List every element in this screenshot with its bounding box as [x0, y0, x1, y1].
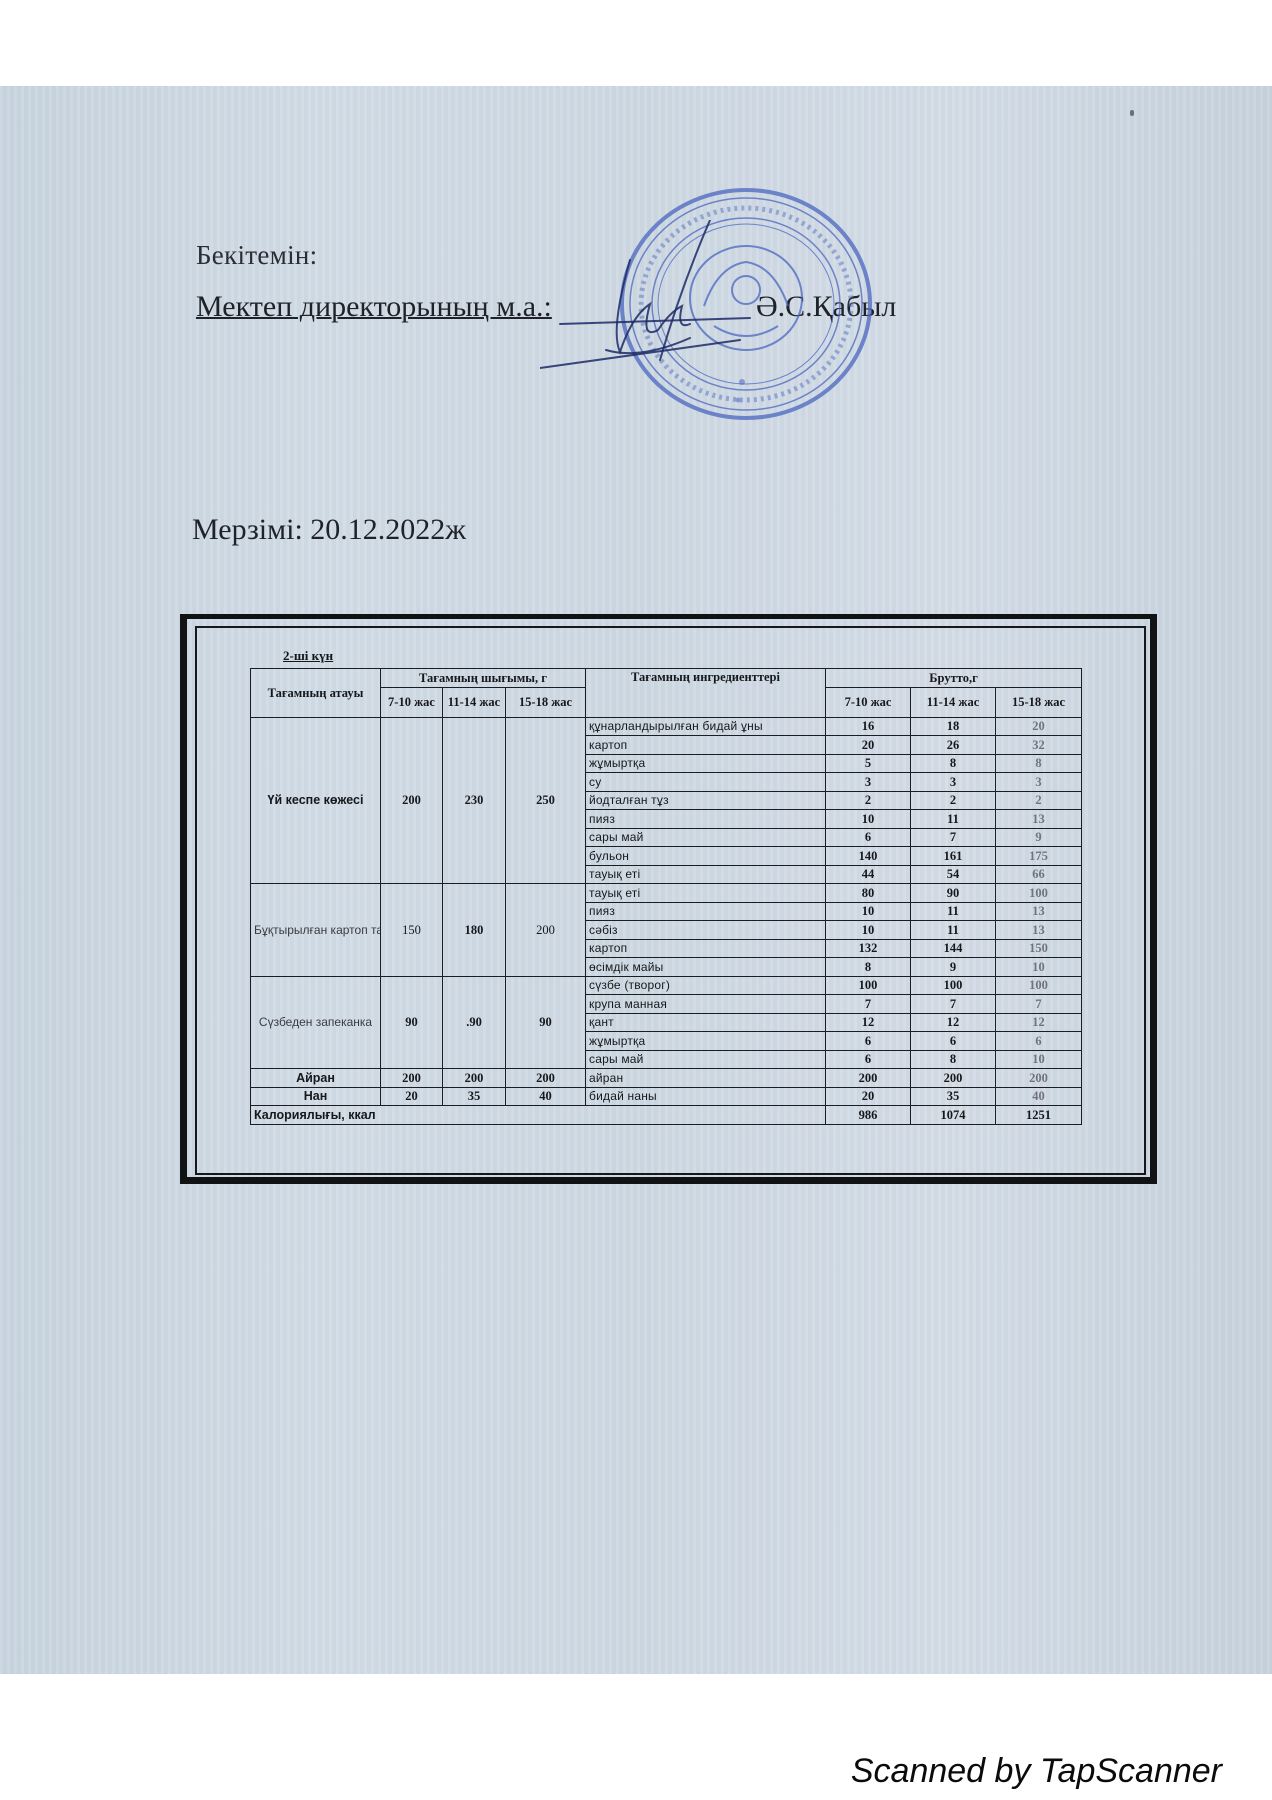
brutto-value: 80 [826, 884, 911, 903]
header-brutto-group: Брутто,г [826, 669, 1082, 688]
dish-yield: .90 [443, 976, 506, 1069]
brutto-value: 20 [826, 736, 911, 755]
header-brutto-age: 11-14 жас [911, 687, 996, 717]
dish-yield: 200 [506, 884, 586, 977]
brutto-value: 200 [826, 1069, 911, 1088]
brutto-value: 140 [826, 847, 911, 866]
brutto-value: 44 [826, 865, 911, 884]
brutto-value: 5 [826, 754, 911, 773]
header-yield-group: Тағамның шығымы, г [381, 669, 586, 688]
ingredient-name: сары май [586, 828, 826, 847]
brutto-value: 13 [996, 810, 1082, 829]
brutto-value: 7 [911, 995, 996, 1014]
ingredient-name: сәбіз [586, 921, 826, 940]
brutto-value: 8 [996, 754, 1082, 773]
header-yield-age: 15-18 жас [506, 687, 586, 717]
brutto-value: 2 [826, 791, 911, 810]
total-label: Калориялығы, ккал [251, 1106, 826, 1125]
brutto-value: 13 [996, 902, 1082, 921]
date-line: Мерзімі: 20.12.2022ж [192, 513, 466, 547]
brutto-value: 132 [826, 939, 911, 958]
brutto-value: 10 [996, 958, 1082, 977]
dish-yield: 90 [506, 976, 586, 1069]
header-ingredients: Тағамның ингредиенттері [586, 669, 826, 718]
table-row: Нан203540бидай наны203540 [251, 1087, 1082, 1106]
dish-yield: 230 [443, 717, 506, 884]
header-yield-age: 7-10 жас [381, 687, 443, 717]
brutto-value: 8 [911, 754, 996, 773]
ingredient-name: пияз [586, 902, 826, 921]
brutto-value: 144 [911, 939, 996, 958]
total-value: 1074 [911, 1106, 996, 1125]
dish-yield: 250 [506, 717, 586, 884]
brutto-value: 32 [996, 736, 1082, 755]
ingredient-name: сары май [586, 1050, 826, 1069]
dish-yield: 150 [381, 884, 443, 977]
brutto-value: 66 [996, 865, 1082, 884]
brutto-value: 13 [996, 921, 1082, 940]
day-label: 2-ші күн [283, 648, 333, 664]
ingredient-name: картоп [586, 736, 826, 755]
scanner-watermark: Scanned by TapScanner [851, 1752, 1222, 1791]
brutto-value: 9 [996, 828, 1082, 847]
ingredient-name: картоп [586, 939, 826, 958]
brutto-value: 10 [996, 1050, 1082, 1069]
dish-yield: 20 [381, 1087, 443, 1106]
dish-name: Нан [251, 1087, 381, 1106]
total-row: Калориялығы, ккал 986 1074 1251 [251, 1106, 1082, 1125]
brutto-value: 6 [826, 1032, 911, 1051]
brutto-value: 7 [996, 995, 1082, 1014]
dish-yield: 200 [381, 1069, 443, 1088]
brutto-value: 10 [826, 810, 911, 829]
scan-speck [1130, 110, 1134, 116]
table-row: Сүзбеден запеканка90.9090сүзбе (творог)1… [251, 976, 1082, 995]
ingredient-name: қант [586, 1013, 826, 1032]
ingredient-name: пияз [586, 810, 826, 829]
director-role: Мектеп директорының м.а.: [196, 290, 552, 323]
brutto-value: 26 [911, 736, 996, 755]
brutto-value: 175 [996, 847, 1082, 866]
ingredient-name: тауық еті [586, 884, 826, 903]
brutto-value: 200 [911, 1069, 996, 1088]
ingredient-name: құнарландырылған бидай ұны [586, 717, 826, 736]
brutto-value: 2 [996, 791, 1082, 810]
brutto-value: 150 [996, 939, 1082, 958]
ingredient-name: тауық еті [586, 865, 826, 884]
ingredient-name: жұмыртқа [586, 1032, 826, 1051]
brutto-value: 90 [911, 884, 996, 903]
brutto-value: 100 [826, 976, 911, 995]
brutto-value: 100 [996, 884, 1082, 903]
brutto-value: 3 [911, 773, 996, 792]
brutto-value: 200 [996, 1069, 1082, 1088]
ingredient-name: өсімдік майы [586, 958, 826, 977]
ingredient-name: бидай наны [586, 1087, 826, 1106]
brutto-value: 161 [911, 847, 996, 866]
dish-yield: 35 [443, 1087, 506, 1106]
ingredient-name: крупа манная [586, 995, 826, 1014]
brutto-value: 35 [911, 1087, 996, 1106]
header-brutto-age: 7-10 жас [826, 687, 911, 717]
ingredient-name: йодталған тұз [586, 791, 826, 810]
dish-name: Үй кеспе көжесі [251, 717, 381, 884]
approve-label: Бекітемін: [196, 240, 317, 271]
brutto-value: 6 [826, 1050, 911, 1069]
brutto-value: 16 [826, 717, 911, 736]
table-row: Айран200200200айран200200200 [251, 1069, 1082, 1088]
brutto-value: 20 [996, 717, 1082, 736]
total-value: 1251 [996, 1106, 1082, 1125]
brutto-value: 54 [911, 865, 996, 884]
table-row: Үй кеспе көжесі200230250құнарландырылған… [251, 717, 1082, 736]
director-line: Мектеп директорының м.а.: Ә.С.Қабыл [196, 290, 552, 324]
brutto-value: 11 [911, 810, 996, 829]
dish-yield: 200 [506, 1069, 586, 1088]
dish-name: Бұқтырылған картоп тауық етімен [251, 884, 381, 977]
header-dish-name: Тағамның атауы [251, 669, 381, 718]
brutto-value: 10 [826, 902, 911, 921]
dish-name: Сүзбеден запеканка [251, 976, 381, 1069]
ingredient-name: жұмыртқа [586, 754, 826, 773]
brutto-value: 8 [826, 958, 911, 977]
brutto-value: 7 [911, 828, 996, 847]
brutto-value: 12 [826, 1013, 911, 1032]
menu-body: Үй кеспе көжесі200230250құнарландырылған… [251, 717, 1082, 1106]
ingredient-name: сүзбе (творог) [586, 976, 826, 995]
dish-yield: 200 [443, 1069, 506, 1088]
brutto-value: 2 [911, 791, 996, 810]
menu-table: Тағамның атауы Тағамның шығымы, г Тағамн… [250, 668, 1082, 1125]
brutto-value: 40 [996, 1087, 1082, 1106]
brutto-value: 18 [911, 717, 996, 736]
brutto-value: 11 [911, 921, 996, 940]
ingredient-name: айран [586, 1069, 826, 1088]
brutto-value: 12 [996, 1013, 1082, 1032]
dish-name: Айран [251, 1069, 381, 1088]
dish-yield: 40 [506, 1087, 586, 1106]
brutto-value: 6 [826, 828, 911, 847]
brutto-value: 3 [826, 773, 911, 792]
brutto-value: 100 [996, 976, 1082, 995]
brutto-value: 11 [911, 902, 996, 921]
signature-icon [540, 220, 780, 380]
ingredient-name: бульон [586, 847, 826, 866]
ingredient-name: су [586, 773, 826, 792]
brutto-value: 9 [911, 958, 996, 977]
brutto-value: 12 [911, 1013, 996, 1032]
header-yield-age: 11-14 жас [443, 687, 506, 717]
brutto-value: 6 [996, 1032, 1082, 1051]
brutto-value: 100 [911, 976, 996, 995]
brutto-value: 10 [826, 921, 911, 940]
table-row: Бұқтырылған картоп тауық етімен150180200… [251, 884, 1082, 903]
brutto-value: 7 [826, 995, 911, 1014]
brutto-value: 20 [826, 1087, 911, 1106]
brutto-value: 6 [911, 1032, 996, 1051]
dish-yield: 200 [381, 717, 443, 884]
brutto-value: 8 [911, 1050, 996, 1069]
header-brutto-age: 15-18 жас [996, 687, 1082, 717]
dish-yield: 90 [381, 976, 443, 1069]
dish-yield: 180 [443, 884, 506, 977]
total-value: 986 [826, 1106, 911, 1125]
brutto-value: 3 [996, 773, 1082, 792]
